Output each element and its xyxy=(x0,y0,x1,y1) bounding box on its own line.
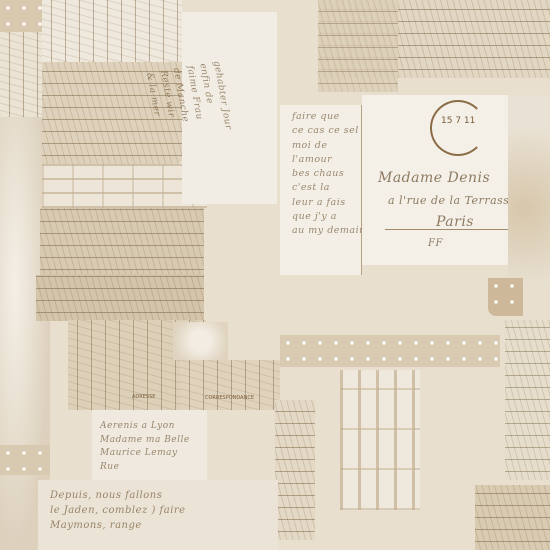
handwriting-fragment: Depuis, nous fallons le Jaden, comblez )… xyxy=(50,488,186,533)
polka-dot-patch xyxy=(488,278,523,316)
letter-patch xyxy=(36,275,204,321)
postmark-date: 15 7 11 xyxy=(441,116,475,126)
polka-dot-patch xyxy=(0,0,42,32)
polka-dot-patch xyxy=(0,445,50,475)
address-rule xyxy=(385,229,525,230)
letter-patch xyxy=(475,485,550,550)
polka-dot-patch xyxy=(280,335,500,367)
letter-patch xyxy=(505,320,550,480)
postcard-address-line4: FF xyxy=(428,236,443,251)
letter-patch xyxy=(275,400,315,540)
brick-wall-patch xyxy=(340,370,420,510)
postcard-address-line2: a l'rue de la Terrasse xyxy=(388,193,516,210)
adresse-label: ADRESSE xyxy=(132,394,155,400)
correspondance-label: CORRESPONDANCE xyxy=(205,395,254,401)
collage-canvas: gehabter Jour enfin de faime Frau de Man… xyxy=(0,0,550,550)
stain-patch xyxy=(508,95,550,285)
handwriting-fragment: Aerenis a Lyon Madame ma Belle Maurice L… xyxy=(100,420,190,474)
letter-patch xyxy=(0,32,42,117)
letter-patch xyxy=(42,0,182,62)
handwriting-fragment: faire que ce cas ce sel moi de l'amour b… xyxy=(292,110,366,238)
letter-patch xyxy=(180,360,280,410)
postcard-address-line1: Madame Denis xyxy=(378,168,490,189)
lace-patch xyxy=(173,322,228,360)
handwriting-fragment: gehabter Jour enfin de faime Frau de Man… xyxy=(142,60,234,143)
letter-patch xyxy=(40,208,204,278)
letter-patch xyxy=(318,0,398,92)
postmark-icon xyxy=(430,100,486,156)
